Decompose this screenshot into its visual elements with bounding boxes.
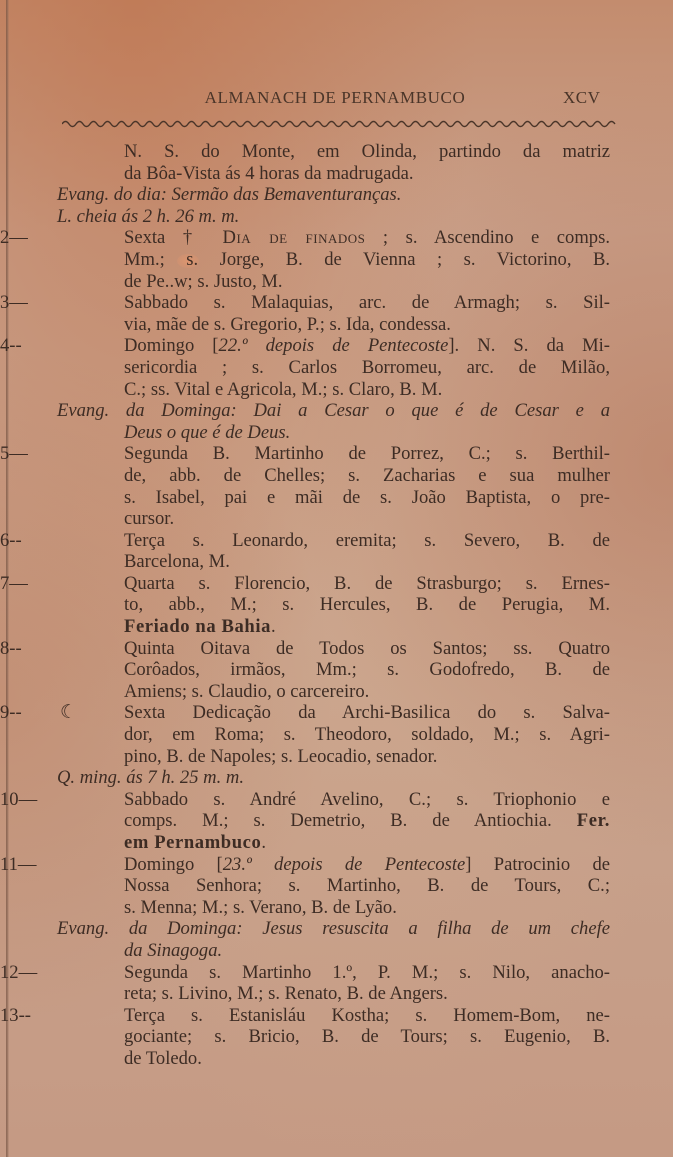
- calendar-entry-9: ☾ 9--Sexta Dedicação da Archi-Basilica d…: [0, 702, 673, 767]
- text-span: Quinta Oitava de Todos os Santos; ss. Qu…: [124, 638, 610, 659]
- text-line: Barcelona, M.: [124, 551, 610, 573]
- running-title: ALMANACH DE PERNAMBUCO: [185, 88, 485, 108]
- body-text: N. S. do Monte, em Olinda, partindo da m…: [0, 141, 673, 1070]
- gospel-note-cont: da Sinagoga.: [124, 940, 610, 962]
- moon-phase-note: L. cheia ás 2 h. 26 m. m.: [57, 206, 610, 228]
- calendar-entry-10: 10—Sabbado s. André Avelino, C.; s. Trio…: [0, 789, 673, 854]
- text-span: Quarta s. Florencio, B. de Strasburgo; s…: [124, 573, 610, 594]
- text-line: Mm.; s. Jorge, B. de Vienna ; s. Victori…: [124, 249, 610, 271]
- calendar-entry-2: 2—Sexta † Dia de finados ; s. Ascendino …: [0, 227, 673, 292]
- holiday-notice: Feriado na Bahia: [124, 616, 271, 637]
- text-span: Domingo [: [124, 335, 219, 356]
- day-number: 10—: [0, 789, 124, 811]
- text-span: ; s. Ascendino e comps.: [365, 227, 610, 248]
- text-line: s. Menna; M.; s. Verano, B. de Lyão.: [124, 897, 610, 919]
- text-line: de Pe..w; s. Justo, M.: [124, 271, 610, 293]
- text-line: to, abb., M.; s. Hercules, B. de Perugia…: [124, 594, 610, 616]
- moon-phase-note: Q. ming. ás 7 h. 25 m. m.: [57, 767, 610, 789]
- text-line: N. S. do Monte, em Olinda, partindo da m…: [124, 141, 610, 163]
- day-number: 3—: [0, 292, 124, 314]
- holiday-notice: em Pernambuco: [124, 832, 261, 853]
- text-line: gociante; s. Bricio, B. de Tours; s. Eug…: [124, 1026, 610, 1048]
- text-line: sericordia ; s. Carlos Borromeu, arc. de…: [124, 357, 610, 379]
- calendar-entry-6: 6--Terça s. Leonardo, eremita; s. Severo…: [0, 530, 673, 573]
- text-span: Terça s. Estanisláu Kostha; s. Homem-Bom…: [124, 1005, 610, 1026]
- text-span: Terça s. Leonardo, eremita; s. Severo, B…: [124, 530, 610, 551]
- text-span: .: [261, 832, 266, 853]
- day-number: 9--: [0, 702, 124, 724]
- calendar-entry-12: 12—Segunda s. Martinho 1.º, P. M.; s. Ni…: [0, 962, 673, 1005]
- gospel-note: Evang. da Dominga: Dai a Cesar o que é d…: [57, 400, 610, 422]
- text-line: cursor.: [124, 508, 610, 530]
- text-line: dor, em Roma; s. Theodoro, soldado, M.; …: [124, 724, 610, 746]
- almanac-page: ALMANACH DE PERNAMBUCO XCV N. S. do Mont…: [0, 0, 673, 1157]
- text-line: de Toledo.: [124, 1048, 610, 1070]
- text-span: Sexta †: [124, 227, 223, 248]
- text-span: Sabbado s. André Avelino, C.; s. Triopho…: [124, 789, 610, 810]
- day-number: 8--: [0, 638, 124, 660]
- holiday-notice: Fer.: [577, 810, 610, 831]
- text-span: Sabbado s. Malaquias, arc. de Armagh; s.…: [124, 292, 610, 313]
- day-number: 11—: [0, 854, 124, 876]
- calendar-entry-3: 3—Sabbado s. Malaquias, arc. de Armagh; …: [0, 292, 673, 335]
- text-span: Segunda B. Martinho de Porrez, C.; s. Be…: [124, 443, 610, 464]
- text-span: ] Patrocinio de: [465, 854, 610, 875]
- text-span: .: [271, 616, 276, 637]
- text-span: comps. M.; s. Demetrio, B. de Antiochia.: [124, 810, 577, 831]
- day-number: 13--: [0, 1005, 124, 1027]
- text-span: ]. N. S. da Mi-: [448, 335, 610, 356]
- text-line: Nossa Senhora; s. Martinho, B. de Tours,…: [124, 875, 610, 897]
- day-number: 4--: [0, 335, 124, 357]
- text-span: Domingo [: [124, 854, 223, 875]
- text-span: Segunda s. Martinho 1.º, P. M.; s. Nilo,…: [124, 962, 610, 983]
- text-line: via, mãe de s. Gregorio, P.; s. Ida, con…: [124, 314, 610, 336]
- day-number: 12—: [0, 962, 124, 984]
- page-number: XCV: [563, 88, 600, 108]
- calendar-entry-4: 4--Domingo [22.º depois de Pentecoste]. …: [0, 335, 673, 400]
- liturgical-note: 23.º depois de Pentecoste: [223, 854, 466, 875]
- text-line: Amiens; s. Claudio, o carcereiro.: [124, 681, 610, 703]
- text-line: C.; ss. Vital e Agricola, M.; s. Claro, …: [124, 379, 610, 401]
- text-line: pino, B. de Napoles; s. Leocadio, senado…: [124, 746, 610, 768]
- feast-name: Dia de finados: [223, 227, 366, 248]
- calendar-entry-7: 7—Quarta s. Florencio, B. de Strasburgo;…: [0, 573, 673, 638]
- text-line: de, abb. de Chelles; s. Zacharias e sua …: [124, 465, 610, 487]
- day-number: 7—: [0, 573, 124, 595]
- text-line: Corôados, irmãos, Mm.; s. Godofredo, B. …: [124, 659, 610, 681]
- day-number: 2—: [0, 227, 124, 249]
- liturgical-note: 22.º depois de Pentecoste: [219, 335, 449, 356]
- entry-intro: N. S. do Monte, em Olinda, partindo da m…: [0, 141, 673, 184]
- gospel-note: Evang. do dia: Sermão das Bemaventurança…: [57, 184, 610, 206]
- calendar-entry-5: 5—Segunda B. Martinho de Porrez, C.; s. …: [0, 443, 673, 529]
- gospel-note-cont: Deus o que é de Deus.: [124, 422, 610, 444]
- gospel-note: Evang. da Dominga: Jesus resuscita a fil…: [57, 918, 610, 940]
- calendar-entry-11: 11—Domingo [23.º depois de Pentecoste] P…: [0, 854, 673, 919]
- text-line: s. Isabel, pai e mãi de s. João Baptista…: [124, 487, 610, 509]
- calendar-entry-13: 13--Terça s. Estanisláu Kostha; s. Homem…: [0, 1005, 673, 1070]
- running-head: ALMANACH DE PERNAMBUCO XCV: [0, 88, 673, 112]
- day-number: 5—: [0, 443, 124, 465]
- text-line: reta; s. Livino, M.; s. Renato, B. de An…: [124, 983, 610, 1005]
- wavy-rule-ornament: [62, 118, 616, 130]
- day-number: 6--: [0, 530, 124, 552]
- text-line: da Bôa-Vista ás 4 horas da madrugada.: [124, 163, 610, 185]
- text-span: Sexta Dedicação da Archi-Basilica do s. …: [124, 702, 610, 723]
- calendar-entry-8: 8--Quinta Oitava de Todos os Santos; ss.…: [0, 638, 673, 703]
